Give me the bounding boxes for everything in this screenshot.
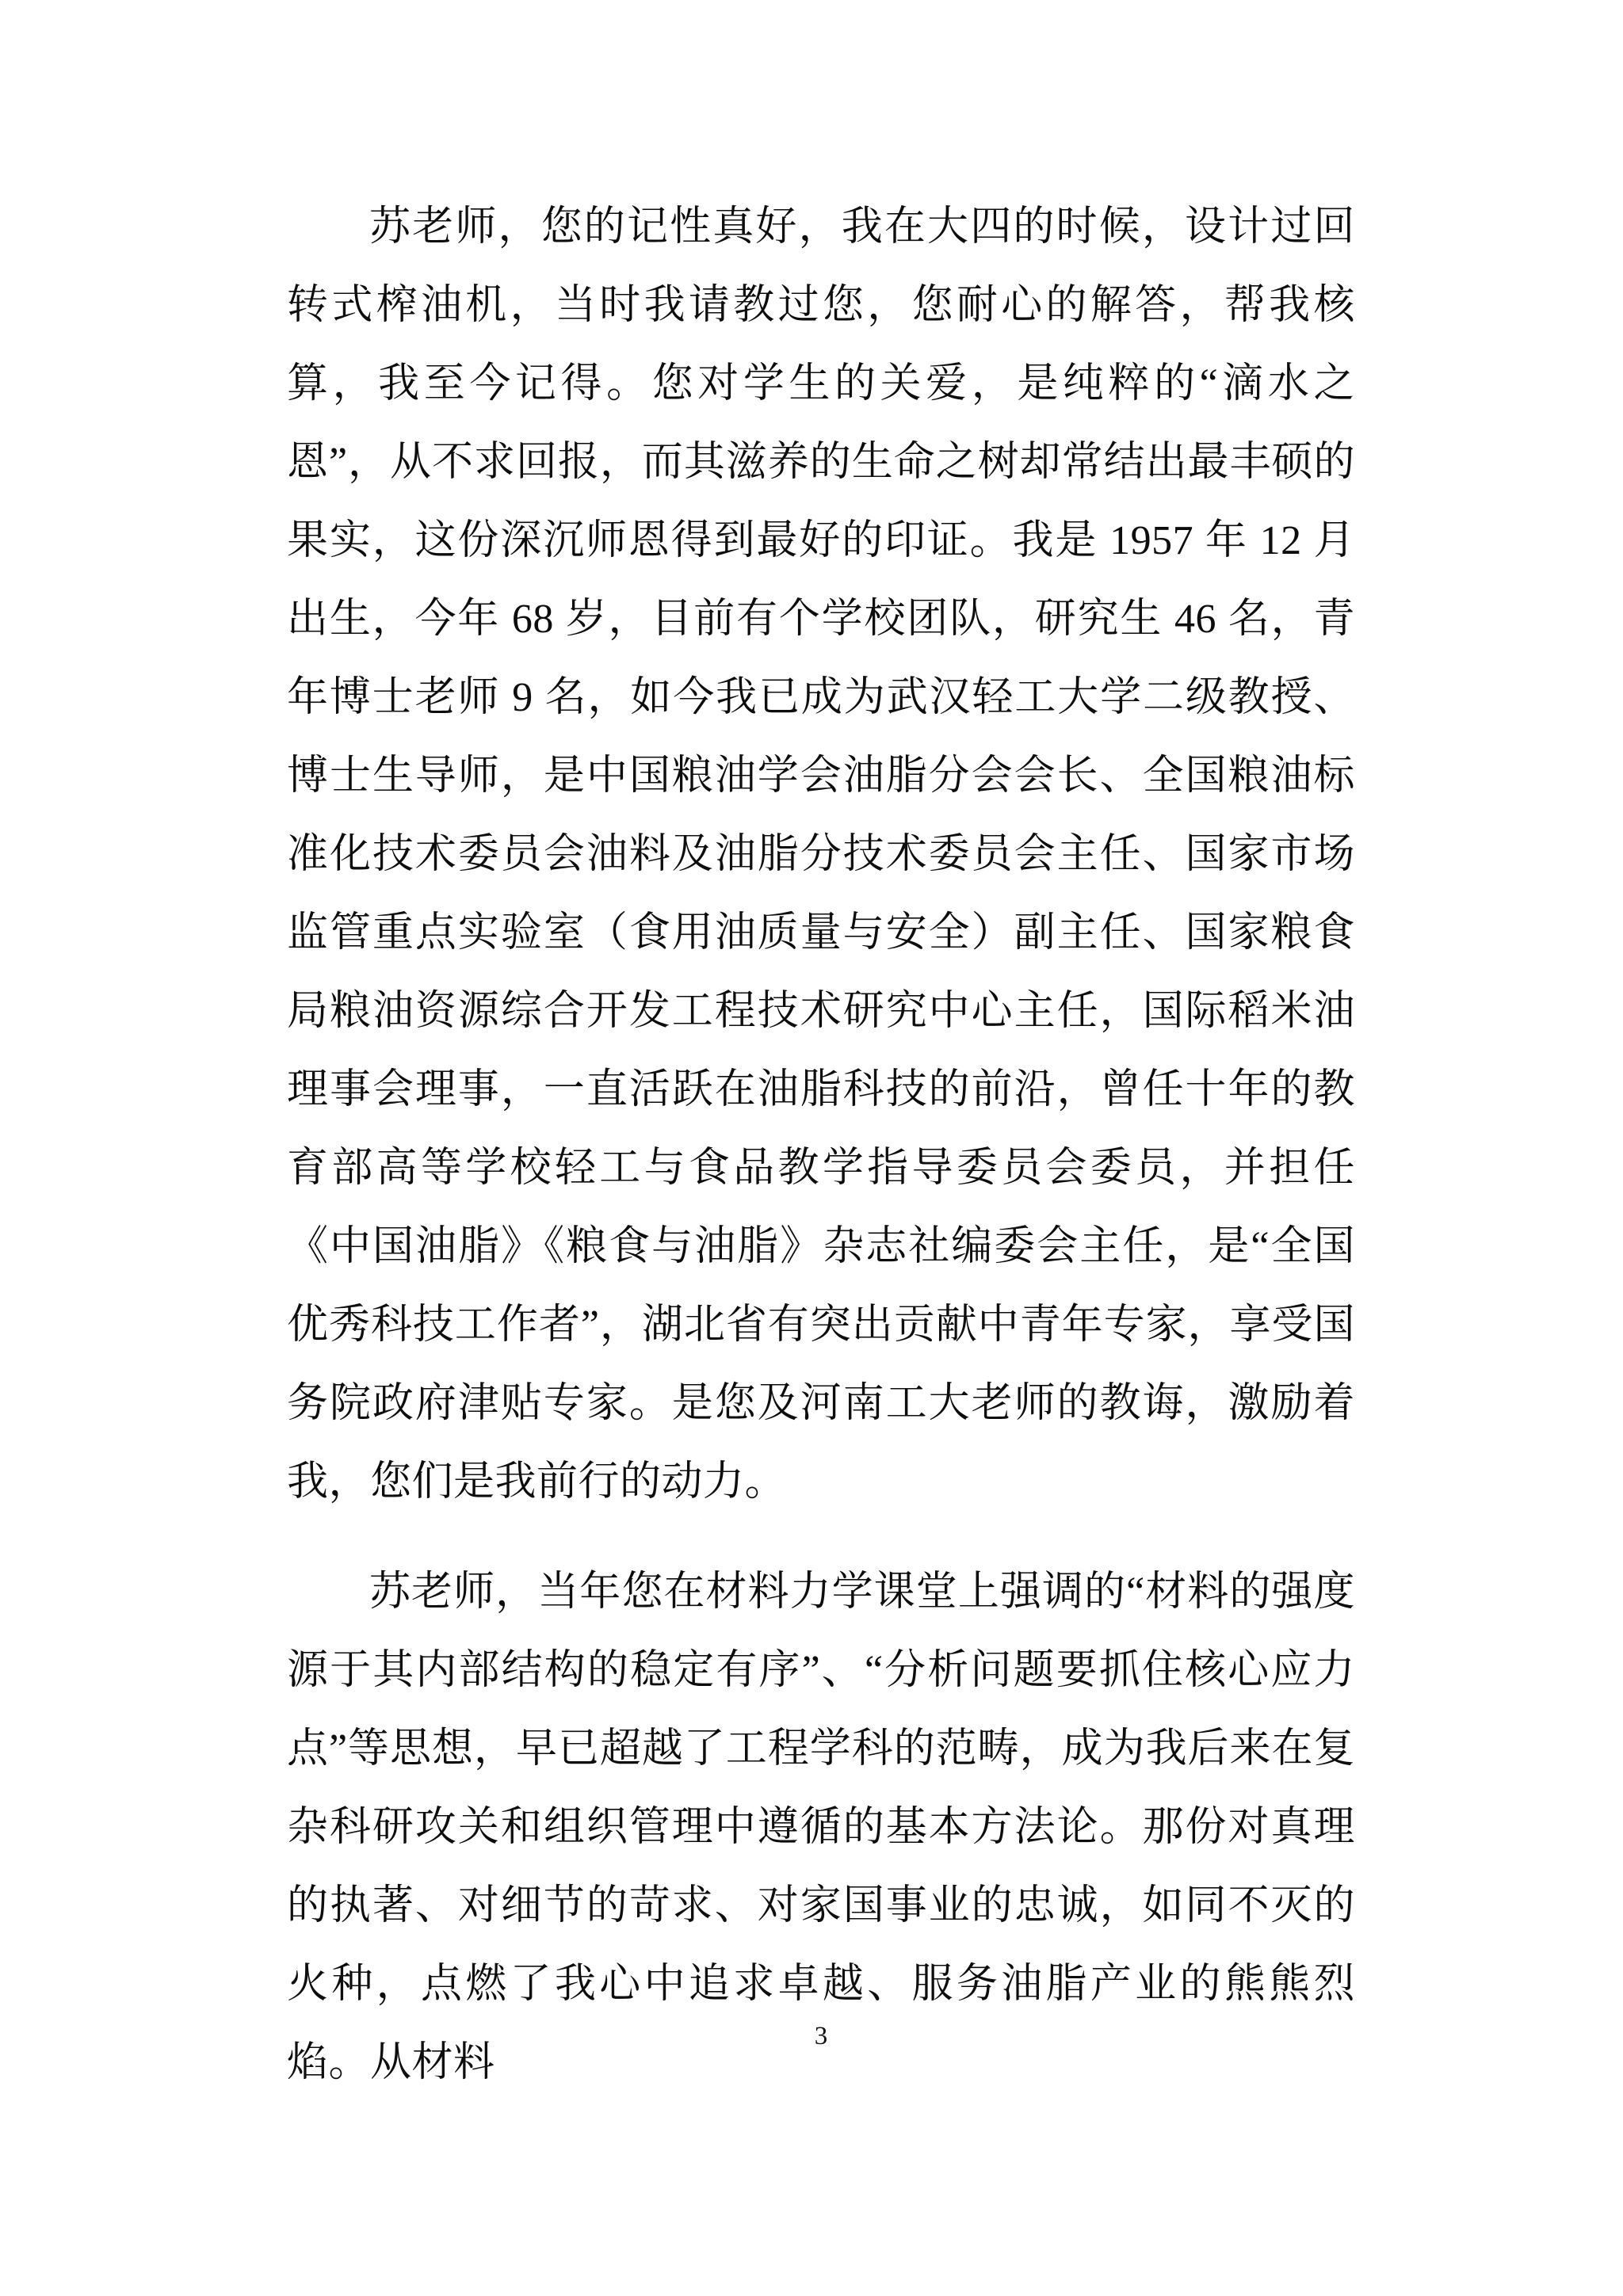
letter-body: 苏老师，您的记性真好，我在大四的时候，设计过回转式榨油机，当时我请教过您，您耐心… [287,188,1355,2102]
document-page: 苏老师，您的记性真好，我在大四的时候，设计过回转式榨油机，当时我请教过您，您耐心… [0,0,1623,2296]
letter-paragraph-2: 苏老师，当年您在材料力学课堂上强调的“材料的强度源于其内部结构的稳定有序”、“分… [287,1553,1355,2102]
letter-paragraph-1: 苏老师，您的记性真好，我在大四的时候，设计过回转式榨油机，当时我请教过您，您耐心… [287,188,1355,1521]
page-number: 3 [287,2022,1355,2051]
